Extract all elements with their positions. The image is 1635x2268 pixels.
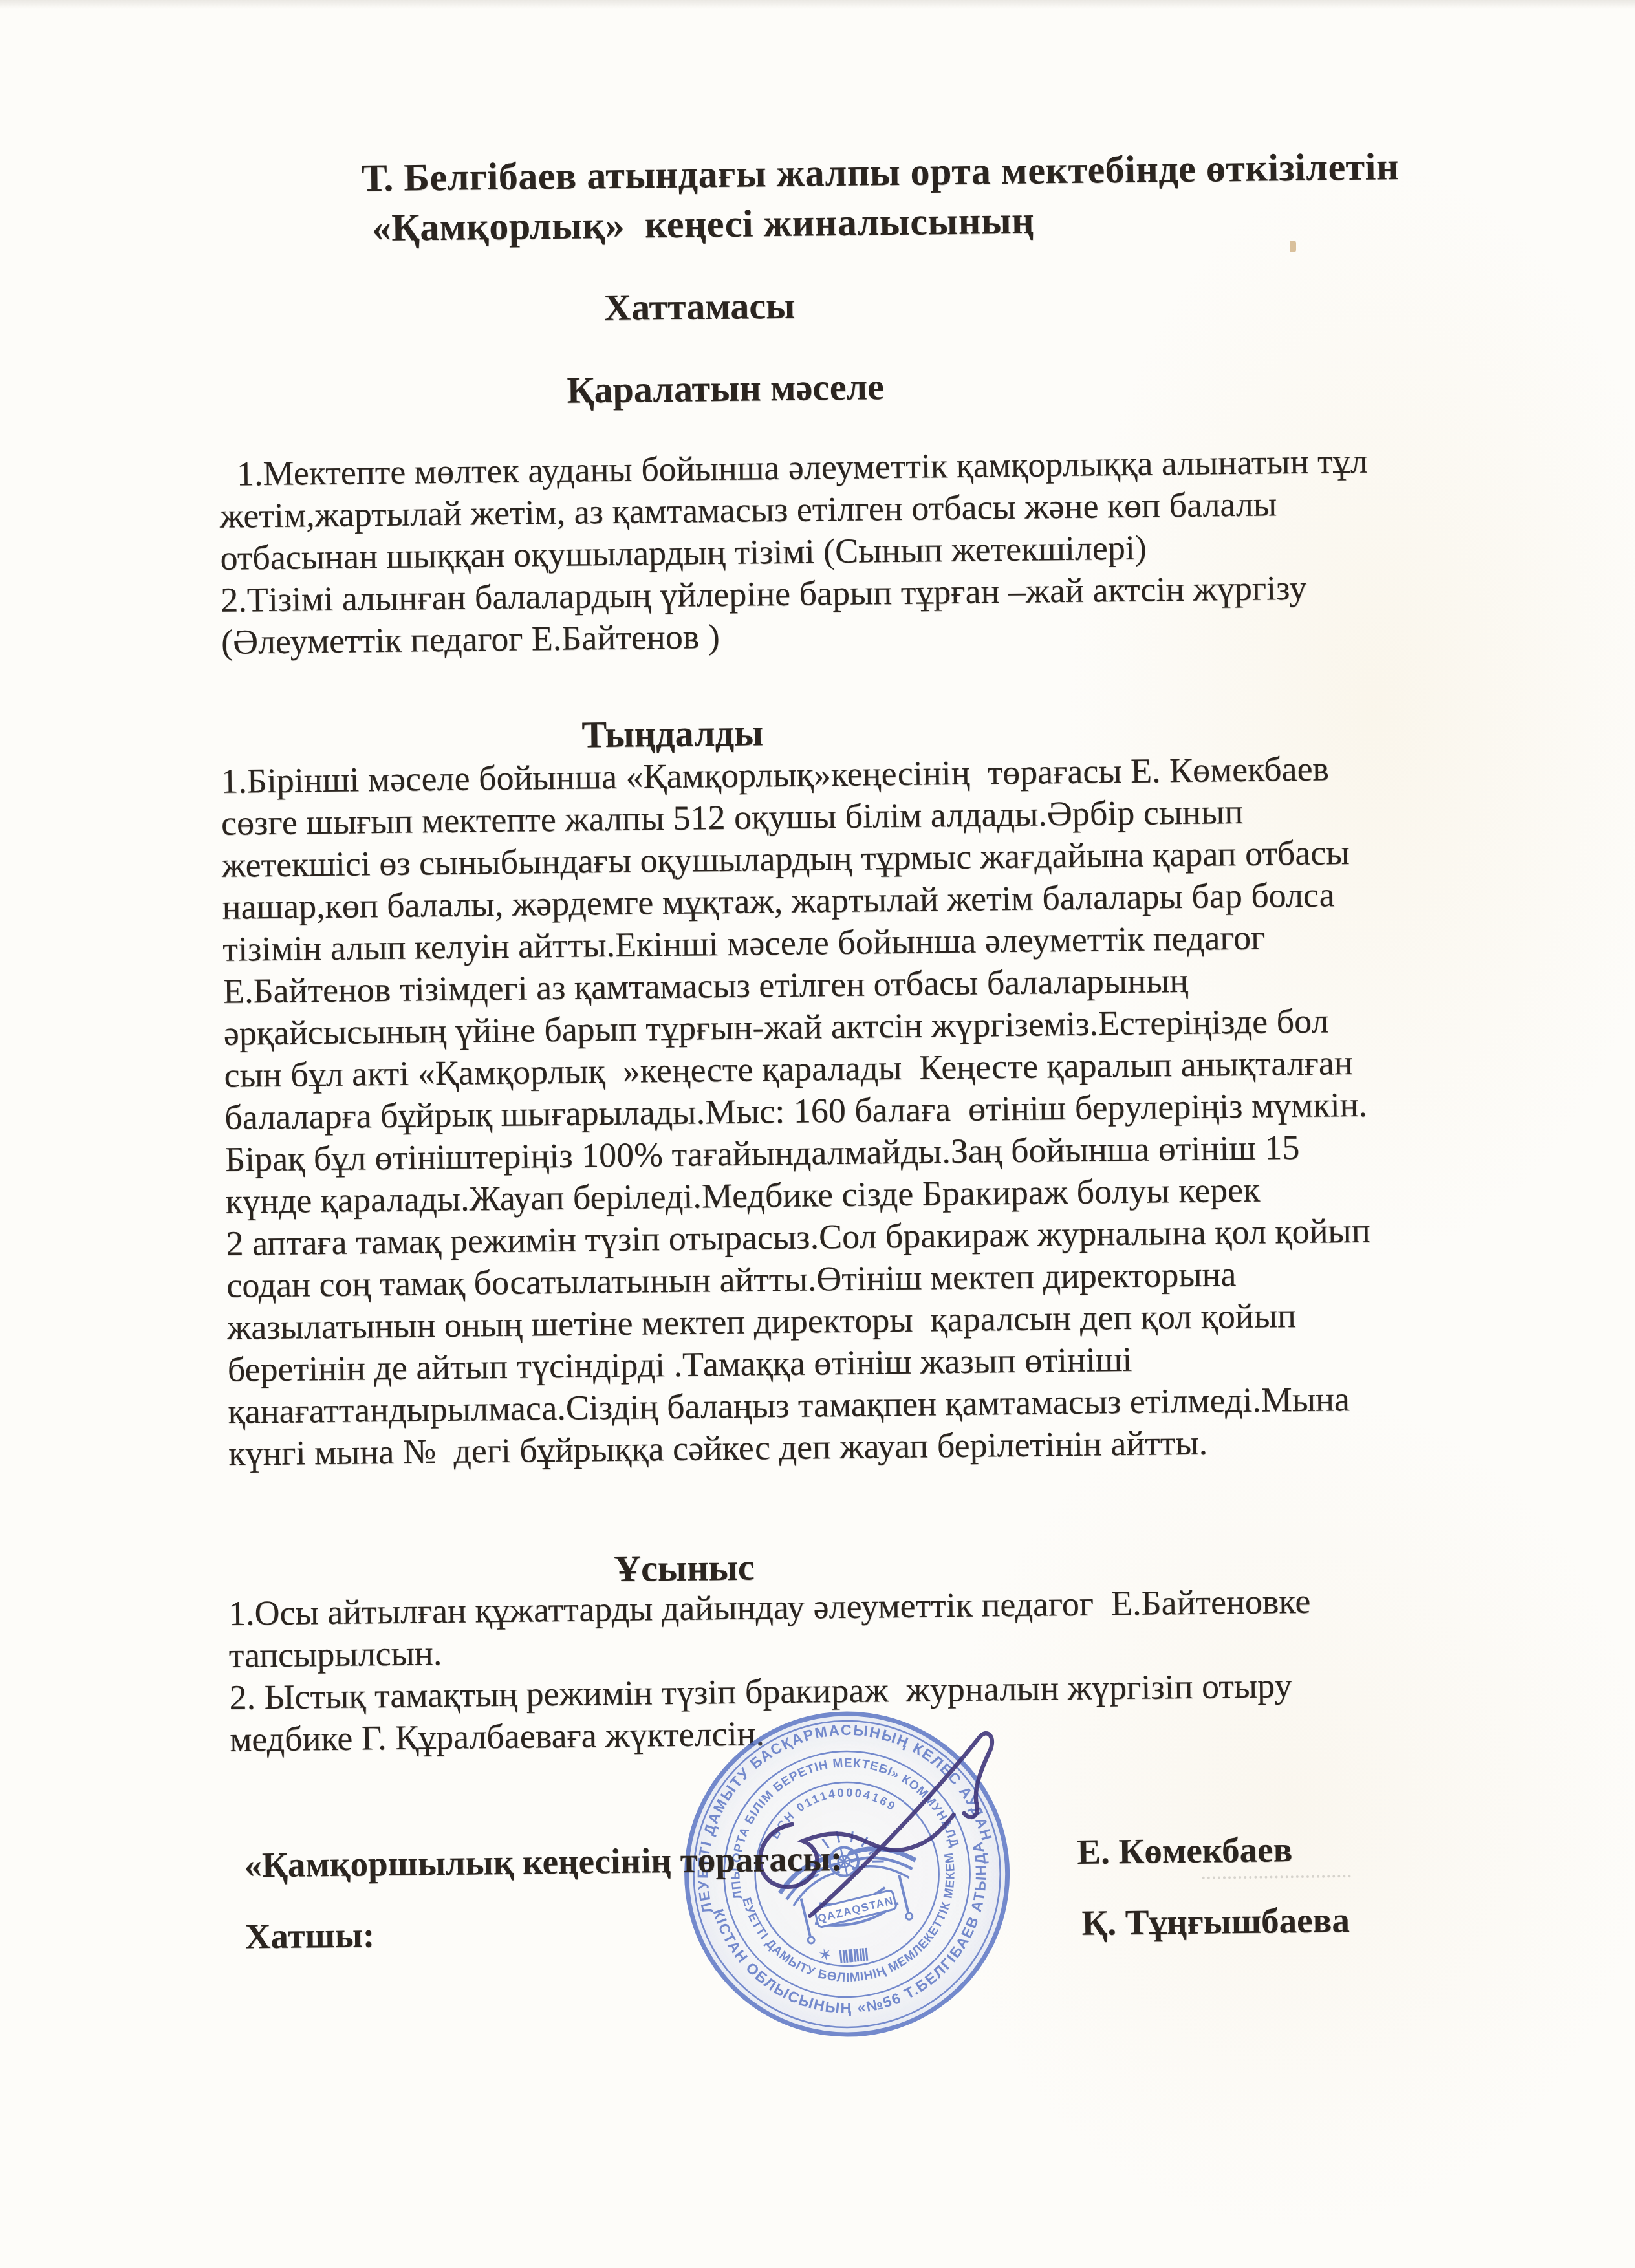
page-title-line-1: Т. Белгібаев атындағы жалпы орта мектебі… [361, 144, 1399, 200]
document-content: Т. Белгібаев атындағы жалпы орта мектебі… [0, 0, 1635, 2268]
chairman-name: Е. Көмекбаев [1077, 1829, 1293, 1872]
agenda-paragraph: 1.Мектепте мөлтек ауданы бойынша әлеумет… [219, 439, 1489, 664]
handwritten-signature [706, 1699, 1045, 1961]
listened-paragraph: 1.Бірінші мәселе бойынша «Қамқорлық»кеңе… [221, 746, 1496, 1475]
chairman-label: «Қамқоршылық кеңесінің төрағасы: [244, 1838, 843, 1885]
scanned-document-page: Т. Белгібаев атындағы жалпы орта мектебі… [0, 0, 1635, 2268]
scan-artifact-dashes [1202, 1875, 1351, 1879]
secretary-name: Қ. Тұңғышбаева [1081, 1899, 1350, 1943]
heading-protocol: Хаттамасы [604, 284, 796, 329]
secretary-label: Хатшы: [244, 1914, 374, 1956]
page-title-line-2: «Қамқорлық» кеңесі жиналысының [371, 199, 1034, 251]
heading-proposal: Ұсыныс [614, 1546, 755, 1590]
heading-listened: Тыңдалды [581, 711, 763, 756]
heading-agenda: Қаралатын мәселе [567, 365, 884, 412]
